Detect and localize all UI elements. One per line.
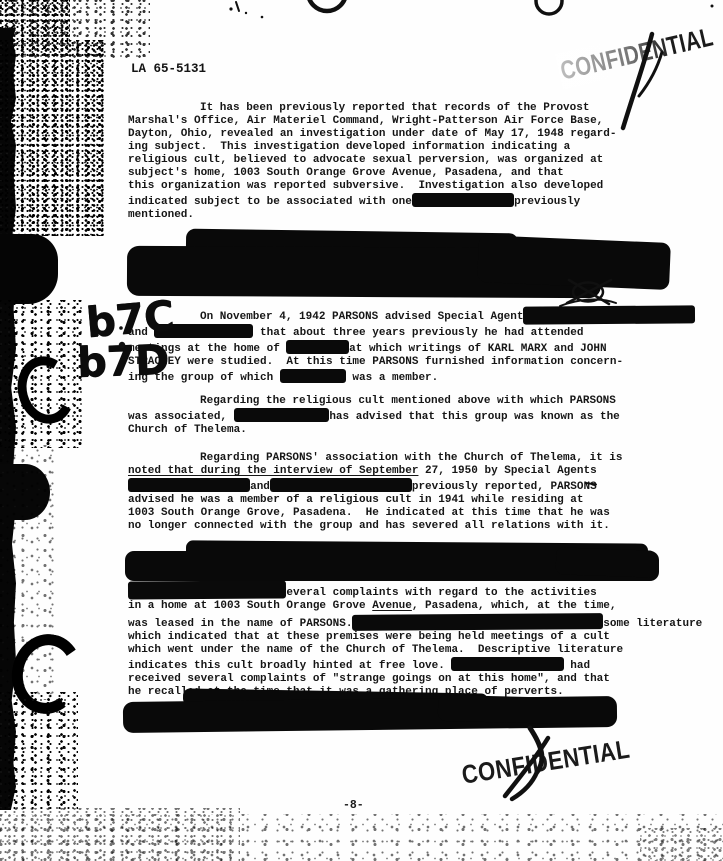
redaction-bar (234, 408, 330, 422)
redaction-bar (128, 478, 250, 492)
paragraph-4: Regarding PARSONS' association with the … (128, 452, 622, 533)
text-run: On November 4, 1942 PARSONS advised Spec… (200, 311, 523, 323)
text-line: mentioned. (128, 209, 616, 222)
text-run: received several complaints of "strange … (128, 673, 610, 685)
text-run: , Pasadena, which, at the time, (412, 600, 617, 612)
punch-hole-left (308, 0, 346, 11)
text-line: no longer connected with the group and h… (128, 520, 622, 533)
text-line: ing subject. This investigation develope… (128, 141, 616, 154)
text-line: noted that during the interview of Septe… (128, 465, 622, 478)
text-run: had (564, 660, 590, 672)
text-line: was associated, has advised that this gr… (128, 408, 620, 424)
text-line: which went under the name of the Church … (128, 644, 702, 657)
text-run: 27, 1950 by Special Agents (418, 465, 596, 477)
text-line: 1003 South Orange Grove, Pasadena. He in… (128, 507, 622, 520)
scan-noise-left-bottom (0, 692, 78, 810)
text-run: this organization was reported subversiv… (128, 180, 603, 192)
text-run: in a home at 1003 South Orange Grove (128, 600, 372, 612)
text-line: Regarding PARSONS' association with the … (128, 452, 622, 465)
text-run: was leased in the name of PARSONS. (128, 618, 352, 630)
text-run: previously (514, 196, 580, 208)
text-line: indicates this cult broadly hinted at fr… (128, 657, 702, 673)
punch-hole-right (536, 0, 562, 14)
stray-dot (711, 5, 714, 8)
text-run: and (250, 481, 270, 493)
text-run: Dayton, Ohio, revealed an investigation … (128, 128, 616, 140)
stray-dot (261, 16, 264, 19)
stray-dot (229, 7, 232, 10)
stray-tick (236, 2, 239, 11)
text-run: mentioned. (128, 209, 194, 221)
redaction-bar (270, 478, 412, 492)
text-run: some literature (603, 618, 702, 630)
page-number: -8- (343, 799, 364, 812)
text-run: no longer connected with the group and h… (128, 520, 610, 532)
text-line: received several complaints of "strange … (128, 673, 702, 686)
text-line: Marshal's Office, Air Materiel Command, … (128, 115, 616, 128)
text-line: was leased in the name of PARSONS.some l… (128, 613, 702, 631)
scan-noise-bottom-right (640, 828, 723, 861)
text-run: Marshal's Office, Air Materiel Command, … (128, 115, 603, 127)
paragraph-3: Regarding the religious cult mentioned a… (128, 395, 620, 437)
redaction-block-2 (556, 547, 657, 577)
text-line: this organization was reported subversiv… (128, 180, 616, 193)
text-line: On November 4, 1942 PARSONS advised Spec… (128, 304, 695, 324)
text-line: Regarding the religious cult mentioned a… (128, 395, 620, 408)
scanned-document-page: LA 65-5131 It has been previously report… (0, 0, 723, 861)
text-run: ing subject. This investigation develope… (128, 141, 570, 153)
redaction-bar (128, 580, 287, 599)
redaction-bar (523, 305, 695, 324)
text-run: advised he was a member of a religious c… (128, 494, 583, 506)
text-run: noted that during the interview of Septe… (128, 465, 418, 477)
redaction-bar (451, 657, 563, 671)
case-number: LA 65-5131 (131, 62, 206, 76)
text-run: subject's home, 1003 South Orange Grove … (128, 167, 564, 179)
text-run: 1003 South Orange Grove, Pasadena. He in… (128, 507, 610, 519)
redaction-bar (412, 193, 514, 207)
redaction-bar (286, 340, 349, 354)
text-run: which went under the name of the Church … (128, 644, 623, 656)
text-line: andpreviously reported, PARSONS (128, 478, 622, 494)
text-run: everal complaints with regard to the act… (286, 587, 596, 599)
text-line: in a home at 1003 South Orange Grove Ave… (128, 600, 702, 613)
text-line: indicated subject to be associated with … (128, 193, 616, 209)
text-line: advised he was a member of a religious c… (128, 494, 622, 507)
text-run: Regarding PARSONS' association with the … (200, 452, 622, 464)
text-line: STRACHEY were studied. At this time PARS… (128, 356, 695, 369)
stamp-fade-overlay (555, 18, 720, 90)
redaction-bar (280, 369, 346, 383)
text-run: It has been previously reported that rec… (200, 102, 589, 114)
confidential-stamp-bottom: CONFIDENTIAL (460, 734, 632, 791)
text-line: and that about three years previously he… (128, 324, 695, 340)
text-run: indicates this cult broadly hinted at fr… (128, 660, 451, 672)
scan-noise-left-upper (0, 40, 104, 236)
text-line: Church of Thelema. (128, 424, 620, 437)
text-run: was a member. (346, 372, 438, 384)
paragraph-5: everal complaints with regard to the act… (128, 580, 702, 699)
text-line: everal complaints with regard to the act… (128, 580, 702, 600)
paragraph-1: It has been previously reported that rec… (128, 102, 616, 222)
text-run: that about three years previously he had… (253, 327, 583, 339)
text-run: STRACHEY were studied. At this time PARS… (128, 356, 623, 368)
text-run: previously reported, PARSONS (412, 481, 597, 493)
text-line: subject's home, 1003 South Orange Grove … (128, 167, 616, 180)
text-line: meetings at the home of at which writing… (128, 340, 695, 356)
text-run: religious cult, believed to advocate sex… (128, 154, 603, 166)
paragraph-2: On November 4, 1942 PARSONS advised Spec… (128, 304, 695, 385)
handwritten-exemption-b7d: b7D (76, 335, 170, 386)
redaction-block-1 (477, 235, 671, 290)
text-run: Avenue (372, 600, 412, 612)
text-line: Dayton, Ohio, revealed an investigation … (128, 128, 616, 141)
text-run: which indicated that at these premises w… (128, 631, 610, 643)
text-line: It has been previously reported that rec… (128, 102, 616, 115)
text-line: ing the group of which was a member. (128, 369, 695, 385)
scan-blotch (0, 234, 58, 304)
confidential-stamp-top: CONFIDENTIAL (558, 21, 717, 86)
redaction-block-3 (438, 695, 617, 725)
scan-noise-bottom-left (0, 808, 240, 861)
redaction-bar (352, 613, 603, 631)
confidential-stamp-bottom-text: CONFIDENTIAL (460, 734, 632, 790)
text-run: indicated subject to be associated with … (128, 196, 412, 208)
text-line: which indicated that at these premises w… (128, 631, 702, 644)
text-run: was associated, (128, 411, 234, 423)
text-line: religious cult, believed to advocate sex… (128, 154, 616, 167)
text-run: Regarding the religious cult mentioned a… (200, 395, 616, 407)
text-run: at which writings of KARL MARX and JOHN (349, 343, 606, 355)
text-run: has advised that this group was known as… (329, 411, 619, 423)
text-run: Church of Thelema. (128, 424, 247, 436)
stray-dot (245, 12, 247, 14)
